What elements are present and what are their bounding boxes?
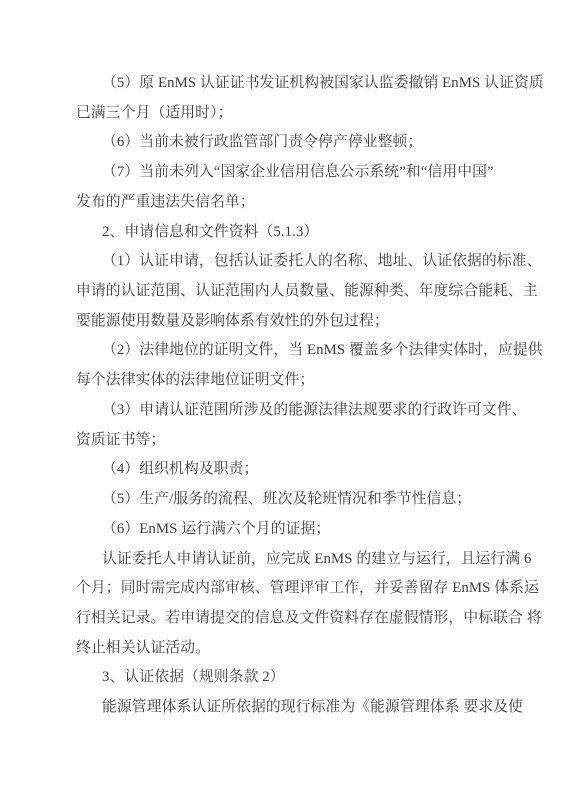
text-line: （5）生产/服务的流程、班次及轮班情况和季节性信息； xyxy=(76,485,490,515)
text-line: 3、认证依据（规则条款 2） xyxy=(76,663,490,693)
text-line: （6）当前未被行政监管部门责令停产停业整顿； xyxy=(76,128,490,158)
text-line: 认证委托人申请认证前，应完成 EnMS 的建立与运行，且运行满 6 xyxy=(76,545,490,575)
text-line: （7）当前未列入“国家企业信用信息公示系统”和“信用中国” xyxy=(76,158,490,188)
text-line: 个月；同时需完成内部审核、管理评审工作，并妥善留存 EnMS 体系运 xyxy=(76,574,490,604)
text-line: 申请的认证范围、认证范围内人员数量、能源种类、年度综合能耗、主 xyxy=(76,277,490,307)
text-line: （4）组织机构及职责； xyxy=(76,455,490,485)
text-line: 终止相关认证活动。 xyxy=(76,634,490,664)
document-text-block: （5）原 EnMS 认证证书发证机构被国家认监委撤销 EnMS 认证资质已满三个… xyxy=(76,69,490,723)
text-line: 每个法律实体的法律地位证明文件； xyxy=(76,366,490,396)
text-line: （6）EnMS 运行满六个月的证据； xyxy=(76,515,490,545)
text-line: 2、申请信息和文件资料（5.1.3） xyxy=(76,218,490,248)
text-line: （1）认证申请，包括认证委托人的名称、地址、认证依据的标准、 xyxy=(76,247,490,277)
text-line: 要能源使用数量及影响体系有效性的外包过程； xyxy=(76,307,490,337)
text-line: 资质证书等； xyxy=(76,426,490,456)
text-line: （5）原 EnMS 认证证书发证机构被国家认监委撤销 EnMS 认证资质 xyxy=(76,69,490,99)
text-line: 发布的严重违法失信名单； xyxy=(76,188,490,218)
text-line: 行相关记录。若申请提交的信息及文件资料存在虚假情形，中标联合 将 xyxy=(76,604,490,634)
text-line: （3）申请认证范围所涉及的能源法律法规要求的行政许可文件、 xyxy=(76,396,490,426)
text-line: 能源管理体系认证所依据的现行标准为《能源管理体系 要求及使 xyxy=(76,693,490,723)
text-line: 已满三个月（适用时）； xyxy=(76,99,490,129)
text-line: （2）法律地位的证明文件，当 EnMS 覆盖多个法律实体时，应提供 xyxy=(76,336,490,366)
document-page: （5）原 EnMS 认证证书发证机构被国家认监委撤销 EnMS 认证资质已满三个… xyxy=(0,0,566,800)
